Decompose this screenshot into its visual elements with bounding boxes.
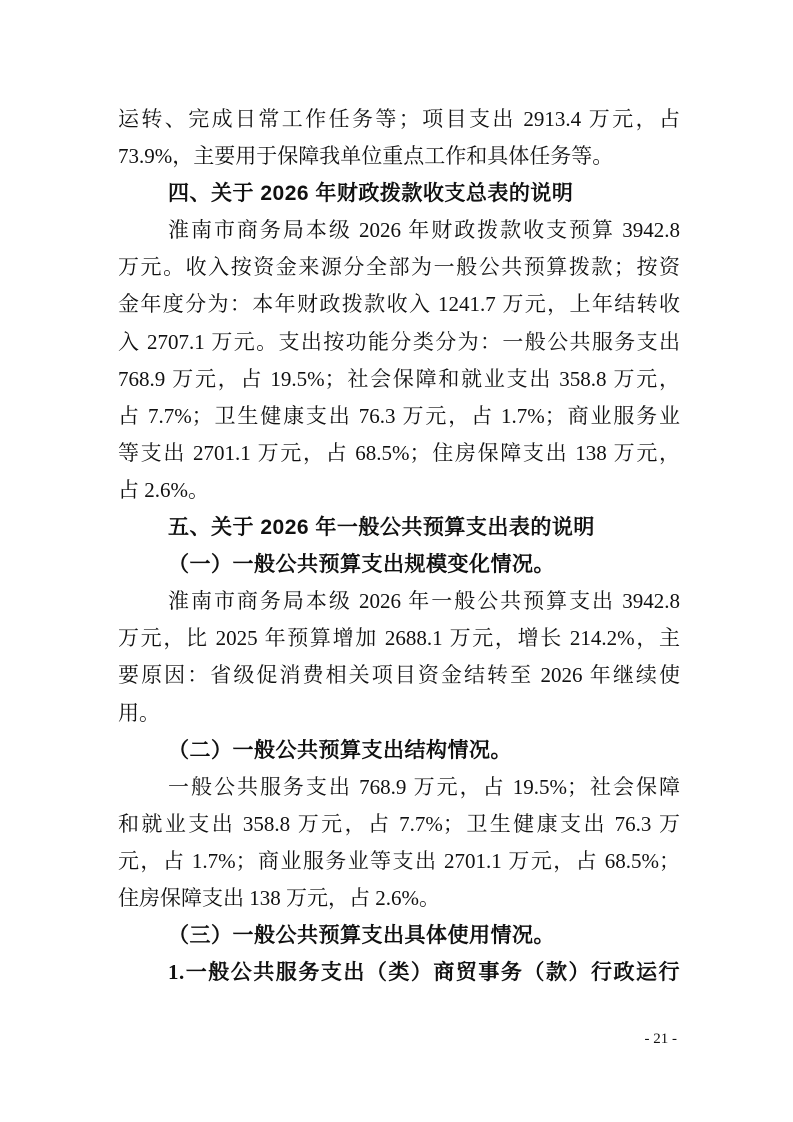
paragraph-line: 占 7.7%；卫生健康支出 76.3 万元，占 1.7%；商业服务业 — [118, 398, 680, 435]
subheading-2: （二）一般公共预算支出结构情况。 — [118, 732, 680, 769]
paragraph-line: 一般公共服务支出 768.9 万元，占 19.5%；社会保障 — [118, 769, 680, 806]
paragraph-line: 入 2707.1 万元。支出按功能分类分为：一般公共服务支出 — [118, 324, 680, 361]
paragraph-line: 要原因：省级促消费相关项目资金结转至 2026 年继续使 — [118, 657, 680, 694]
paragraph-line: 和就业支出 358.8 万元，占 7.7%；卫生健康支出 76.3 万 — [118, 806, 680, 843]
subheading-3: （三）一般公共预算支出具体使用情况。 — [118, 917, 680, 954]
heading-section-5: 五、关于 2026 年一般公共预算支出表的说明 — [118, 509, 680, 546]
page-number: - 21 - — [645, 1030, 678, 1048]
paragraph-line: 住房保障支出 138 万元，占 2.6%。 — [118, 880, 680, 917]
document-body: 运转、完成日常工作任务等；项目支出 2913.4 万元，占 73.9%，主要用于… — [118, 101, 680, 991]
paragraph-line: 淮南市商务局本级 2026 年一般公共预算支出 3942.8 — [118, 583, 680, 620]
paragraph-line: 768.9 万元，占 19.5%；社会保障和就业支出 358.8 万元， — [118, 361, 680, 398]
paragraph-line: 万元，比 2025 年预算增加 2688.1 万元，增长 214.2%，主 — [118, 620, 680, 657]
paragraph-line: 等支出 2701.1 万元，占 68.5%；住房保障支出 138 万元， — [118, 435, 680, 472]
paragraph-line: 用。 — [118, 695, 680, 732]
paragraph-line: 万元。收入按资金来源分全部为一般公共预算拨款；按资 — [118, 249, 680, 286]
paragraph-line: 金年度分为：本年财政拨款收入 1241.7 万元，上年结转收 — [118, 286, 680, 323]
subheading-1: （一）一般公共预算支出规模变化情况。 — [118, 546, 680, 583]
numbered-item-heading: 1.一般公共服务支出（类）商贸事务（款）行政运行 — [118, 954, 680, 991]
paragraph-line: 73.9%，主要用于保障我单位重点工作和具体任务等。 — [118, 138, 680, 175]
heading-section-4: 四、关于 2026 年财政拨款收支总表的说明 — [118, 175, 680, 212]
paragraph-line: 运转、完成日常工作任务等；项目支出 2913.4 万元，占 — [118, 101, 680, 138]
paragraph-line: 占 2.6%。 — [118, 472, 680, 509]
paragraph-line: 元，占 1.7%；商业服务业等支出 2701.1 万元，占 68.5%； — [118, 843, 680, 880]
document-page: 运转、完成日常工作任务等；项目支出 2913.4 万元，占 73.9%，主要用于… — [0, 0, 793, 1122]
paragraph-line: 淮南市商务局本级 2026 年财政拨款收支预算 3942.8 — [118, 212, 680, 249]
